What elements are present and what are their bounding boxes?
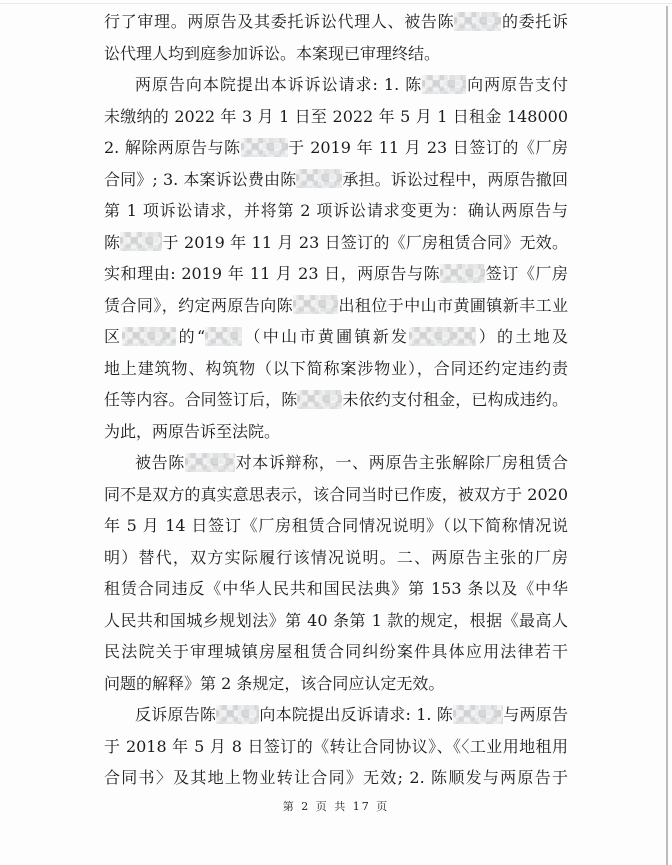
text-line: 地上建筑物、构筑物（以下简称案涉物业），合同还约定违约责 — [104, 353, 568, 385]
redaction-box — [440, 264, 485, 283]
text-segment: 两原告向本院提出本诉诉讼请求: 1. 陈 — [135, 75, 422, 94]
redaction-box — [297, 390, 342, 409]
page-right-edge — [666, 6, 668, 865]
text-line: 合同》; 3. 本案诉讼费由陈承担。诉讼过程中，两原告撤回 — [104, 164, 568, 196]
redaction-box — [120, 232, 162, 251]
redaction-box — [296, 169, 342, 188]
text-segment: 合同书〉及其地上物业转让合同》无效; 2. 陈顺发与两原告于 — [104, 768, 568, 787]
text-line: 实和理由: 2019 年 11 月 23 日，两原告与陈签订《厂房租 — [104, 258, 568, 290]
text-segment: 与两原告 — [503, 705, 568, 724]
text-segment: 行了审理。两原告及其委托诉讼代理人、被告陈 — [104, 12, 454, 31]
text-segment: 为此，两原告诉至法院。 — [104, 422, 280, 441]
text-segment: 实和理由: 2019 年 11 月 23 日，两原告与陈 — [104, 264, 440, 283]
text-line: 两原告向本院提出本诉诉讼请求: 1. 陈向两原告支付 — [104, 69, 568, 101]
redaction-box — [205, 327, 242, 346]
text-line: 于 2018 年 5 月 8 日签订的《转让合同协议》、《〈工业用地租用 — [104, 731, 568, 763]
text-segment: 出租位于中山市黄圃镇新丰工业 — [338, 296, 568, 315]
text-segment: 向本院提出反诉请求: 1. 陈 — [259, 705, 453, 724]
text-segment: 陈 — [104, 233, 120, 252]
text-segment: 的委托诉 — [501, 12, 568, 31]
page-footer: 第 2 页 共 17 页 — [104, 798, 568, 816]
text-line: 年 5 月 14 日签订《厂房租赁合同情况说明》（以下简称情况说 — [104, 510, 568, 542]
text-segment: 赁合同》，约定两原告向陈 — [104, 296, 293, 315]
redaction-box — [409, 327, 476, 346]
document-lines: 行了审理。两原告及其委托诉讼代理人、被告陈的委托诉讼代理人均到庭参加诉讼。本案现… — [104, 6, 568, 794]
text-line: 区的“（中山市黄圃镇新发）的土地及 — [104, 321, 568, 353]
text-segment: 向两原告支付 — [466, 75, 568, 94]
text-segment: 于 2019 年 11 月 23 日签订的《厂房租赁合同》无效。事 — [104, 233, 568, 259]
text-line: 租赁合同违反《中华人民共和国民法典》第 153 条以及《中华 — [104, 573, 568, 605]
text-segment: 问题的解释》第 2 条规定，该合同应认定无效。 — [104, 674, 444, 693]
text-line: 2. 解除两原告与陈于 2019 年 11 月 23 日签订的《厂房租赁 — [104, 132, 568, 164]
redaction-box — [216, 705, 259, 724]
text-line: 同不是双方的真实意思表示，该合同当时已作废，被双方于 2020 — [104, 479, 568, 511]
text-segment: 同不是双方的真实意思表示，该合同当时已作废，被双方于 2020 — [104, 485, 568, 504]
text-segment: 明）替代，双方实际履行该情况说明。二、两原告主张的厂房 — [104, 548, 568, 567]
text-segment: 区 — [104, 327, 122, 346]
text-segment: 未缴纳的 2022 年 3 月 1 日至 2022 年 5 月 1 日租金 14… — [104, 107, 568, 133]
text-segment: 人民共和国城乡规划法》第 40 条第 1 款的规定，根据《最高人 — [104, 611, 568, 630]
redaction-box — [241, 138, 288, 157]
text-line: 讼代理人均到庭参加诉讼。本案现已审理终结。 — [104, 38, 568, 70]
text-segment: 任等内容。合同签订后，陈 — [104, 390, 297, 409]
text-segment: 未依约支付租金，已构成违约。 — [342, 390, 568, 409]
text-segment: 的“ — [176, 327, 205, 346]
text-segment: 反诉原告陈 — [135, 705, 216, 724]
text-segment: 民法院关于审理城镇房屋租赁合同纠纷案件具体应用法律若干 — [104, 642, 568, 661]
text-segment: 年 5 月 14 日签订《厂房租赁合同情况说明》（以下简称情况说 — [104, 516, 568, 535]
text-line: 问题的解释》第 2 条规定，该合同应认定无效。 — [104, 668, 568, 700]
text-segment: 第 1 项诉讼请求，并将第 2 项诉讼请求变更为：确认两原告与 — [104, 201, 568, 220]
text-line: 明）替代，双方实际履行该情况说明。二、两原告主张的厂房 — [104, 542, 568, 574]
text-segment: （中山市黄圃镇新发 — [242, 327, 409, 346]
text-line: 行了审理。两原告及其委托诉讼代理人、被告陈的委托诉 — [104, 6, 568, 38]
text-line: 赁合同》，约定两原告向陈出租位于中山市黄圃镇新丰工业 — [104, 290, 568, 322]
redaction-box — [453, 705, 503, 724]
text-line: 被告陈对本诉辩称，一、两原告主张解除厂房租赁合 — [104, 447, 568, 479]
text-segment: 2. 解除两原告与陈 — [104, 138, 241, 157]
page-top-edge — [0, 3, 672, 4]
text-segment: 地上建筑物、构筑物（以下简称案涉物业），合同还约定违约责 — [104, 359, 568, 378]
text-line: 民法院关于审理城镇房屋租赁合同纠纷案件具体应用法律若干 — [104, 636, 568, 668]
redaction-box — [185, 453, 235, 472]
text-line: 合同书〉及其地上物业转让合同》无效; 2. 陈顺发与两原告于 — [104, 762, 568, 794]
text-line: 未缴纳的 2022 年 3 月 1 日至 2022 年 5 月 1 日租金 14… — [104, 101, 568, 133]
text-segment: 合同》; 3. 本案诉讼费由陈 — [104, 170, 296, 189]
text-segment: 承担。诉讼过程中，两原告撤回 — [342, 170, 568, 189]
redaction-box — [422, 75, 466, 94]
text-line: 任等内容。合同签订后，陈未依约支付租金，已构成违约。 — [104, 384, 568, 416]
text-line: 人民共和国城乡规划法》第 40 条第 1 款的规定，根据《最高人 — [104, 605, 568, 637]
text-segment: 讼代理人均到庭参加诉讼。本案现已审理终结。 — [104, 44, 440, 63]
redaction-box — [454, 12, 501, 31]
text-segment: 被告陈 — [135, 453, 185, 472]
text-segment: 于 2018 年 5 月 8 日签订的《转让合同协议》、《〈工业用地租用 — [104, 737, 568, 756]
redaction-box — [293, 295, 338, 314]
scanned-court-document-page: { "page": { "type": "court-judgment-page… — [0, 0, 672, 865]
text-segment: 对本诉辩称，一、两原告主张解除厂房租赁合 — [235, 453, 568, 472]
text-line: 为此，两原告诉至法院。 — [104, 416, 568, 448]
document-body: 行了审理。两原告及其委托诉讼代理人、被告陈的委托诉讼代理人均到庭参加诉讼。本案现… — [104, 6, 568, 794]
redaction-box — [122, 327, 176, 346]
text-segment: 租赁合同违反《中华人民共和国民法典》第 153 条以及《中华 — [104, 579, 568, 598]
text-segment: ）的土地及 — [476, 327, 568, 346]
text-line: 反诉原告陈向本院提出反诉请求: 1. 陈与两原告 — [104, 699, 568, 731]
text-line: 陈于 2019 年 11 月 23 日签订的《厂房租赁合同》无效。事 — [104, 227, 568, 259]
text-line: 第 1 项诉讼请求，并将第 2 项诉讼请求变更为：确认两原告与 — [104, 195, 568, 227]
